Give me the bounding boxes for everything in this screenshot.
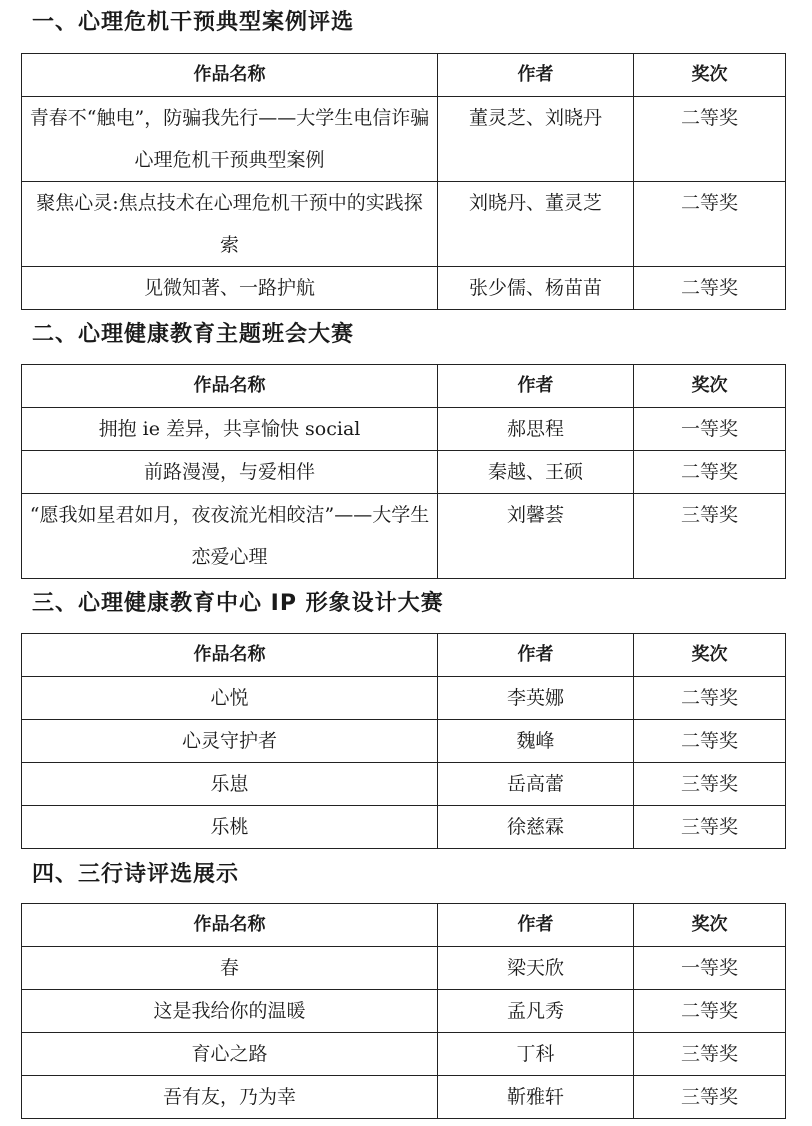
award: 二等奖: [634, 97, 786, 182]
header-award: 奖次: [634, 365, 786, 408]
header-award: 奖次: [634, 634, 786, 677]
award: 二等奖: [634, 720, 786, 763]
work-title: 乐崽: [22, 763, 438, 806]
author: 李英娜: [438, 677, 634, 720]
section-title-crisis-cases: 一、心理危机干预典型案例评选: [32, 8, 354, 38]
table-row: 吾有友，乃为幸 靳雅轩 三等奖: [22, 1076, 786, 1119]
author: 丁科: [438, 1033, 634, 1076]
header-award: 奖次: [634, 54, 786, 97]
award: 三等奖: [634, 806, 786, 849]
work-title: 前路漫漫，与爱相伴: [22, 451, 438, 494]
table-row: 聚焦心灵:焦点技术在心理危机干预中的实践探索 刘晓丹、董灵芝 二等奖: [22, 182, 786, 267]
header-work: 作品名称: [22, 634, 438, 677]
table-row: “愿我如星君如月，夜夜流光相皎洁”——大学生恋爱心理 刘馨荟 三等奖: [22, 494, 786, 579]
header-author: 作者: [438, 634, 634, 677]
ip-design-table: 作品名称 作者 奖次 心悦 李英娜 二等奖 心灵守护者 魏峰 二等奖 乐崽 岳高…: [21, 633, 786, 849]
table-header-row: 作品名称 作者 奖次: [22, 365, 786, 408]
three-line-poems-table: 作品名称 作者 奖次 春 梁天欣 一等奖 这是我给你的温暖 孟凡秀 二等奖 育心…: [21, 903, 786, 1119]
author: 郝思程: [438, 408, 634, 451]
award: 三等奖: [634, 763, 786, 806]
work-title: 育心之路: [22, 1033, 438, 1076]
table-row: 育心之路 丁科 三等奖: [22, 1033, 786, 1076]
table-row: 见微知著、一路护航 张少儒、杨苗苗 二等奖: [22, 267, 786, 310]
header-author: 作者: [438, 365, 634, 408]
award: 二等奖: [634, 182, 786, 267]
author: 魏峰: [438, 720, 634, 763]
table-row: 青春不“触电”，防骗我先行——大学生电信诈骗心理危机干预典型案例 董灵芝、刘晓丹…: [22, 97, 786, 182]
table-row: 春 梁天欣 一等奖: [22, 947, 786, 990]
award: 三等奖: [634, 1033, 786, 1076]
author: 张少儒、杨苗苗: [438, 267, 634, 310]
table-row: 心灵守护者 魏峰 二等奖: [22, 720, 786, 763]
work-title: 乐桃: [22, 806, 438, 849]
award: 二等奖: [634, 451, 786, 494]
award: 三等奖: [634, 494, 786, 579]
section-title-ip-design: 三、心理健康教育中心 IP 形象设计大赛: [32, 589, 444, 619]
crisis-cases-table: 作品名称 作者 奖次 青春不“触电”，防骗我先行——大学生电信诈骗心理危机干预典…: [21, 53, 786, 310]
work-title: 吾有友，乃为幸: [22, 1076, 438, 1119]
table-row: 心悦 李英娜 二等奖: [22, 677, 786, 720]
table-row: 拥抱 ie 差异，共享愉快 social 郝思程 一等奖: [22, 408, 786, 451]
table-header-row: 作品名称 作者 奖次: [22, 54, 786, 97]
author: 岳高蕾: [438, 763, 634, 806]
table-row: 这是我给你的温暖 孟凡秀 二等奖: [22, 990, 786, 1033]
author: 刘晓丹、董灵芝: [438, 182, 634, 267]
header-award: 奖次: [634, 904, 786, 947]
award: 二等奖: [634, 990, 786, 1033]
table-header-row: 作品名称 作者 奖次: [22, 904, 786, 947]
work-title: 春: [22, 947, 438, 990]
author: 秦越、王硕: [438, 451, 634, 494]
header-work: 作品名称: [22, 54, 438, 97]
work-title: 拥抱 ie 差异，共享愉快 social: [22, 408, 438, 451]
award: 二等奖: [634, 267, 786, 310]
author: 孟凡秀: [438, 990, 634, 1033]
author: 梁天欣: [438, 947, 634, 990]
work-title: 青春不“触电”，防骗我先行——大学生电信诈骗心理危机干预典型案例: [22, 97, 438, 182]
table-row: 乐桃 徐慈霖 三等奖: [22, 806, 786, 849]
author: 董灵芝、刘晓丹: [438, 97, 634, 182]
header-author: 作者: [438, 904, 634, 947]
author: 徐慈霖: [438, 806, 634, 849]
section-title-class-meeting: 二、心理健康教育主题班会大赛: [32, 320, 354, 350]
table-row: 前路漫漫，与爱相伴 秦越、王硕 二等奖: [22, 451, 786, 494]
award: 一等奖: [634, 408, 786, 451]
table-row: 乐崽 岳高蕾 三等奖: [22, 763, 786, 806]
work-title: 心灵守护者: [22, 720, 438, 763]
award: 三等奖: [634, 1076, 786, 1119]
author: 刘馨荟: [438, 494, 634, 579]
work-title: 见微知著、一路护航: [22, 267, 438, 310]
header-work: 作品名称: [22, 365, 438, 408]
author: 靳雅轩: [438, 1076, 634, 1119]
class-meeting-table: 作品名称 作者 奖次 拥抱 ie 差异，共享愉快 social 郝思程 一等奖 …: [21, 364, 786, 579]
work-title: 这是我给你的温暖: [22, 990, 438, 1033]
work-title: “愿我如星君如月，夜夜流光相皎洁”——大学生恋爱心理: [22, 494, 438, 579]
section-title-three-line-poems: 四、三行诗评选展示: [32, 860, 239, 890]
work-title: 聚焦心灵:焦点技术在心理危机干预中的实践探索: [22, 182, 438, 267]
work-title: 心悦: [22, 677, 438, 720]
header-work: 作品名称: [22, 904, 438, 947]
header-author: 作者: [438, 54, 634, 97]
award: 二等奖: [634, 677, 786, 720]
award: 一等奖: [634, 947, 786, 990]
table-header-row: 作品名称 作者 奖次: [22, 634, 786, 677]
